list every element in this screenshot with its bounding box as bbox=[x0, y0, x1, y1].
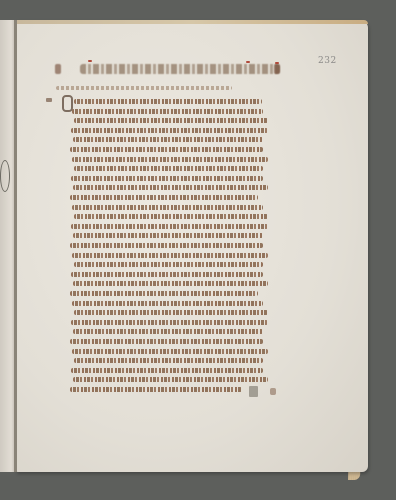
rubric-accent bbox=[88, 60, 92, 62]
text-line bbox=[70, 291, 258, 296]
text-line bbox=[70, 339, 263, 344]
text-line bbox=[74, 166, 263, 171]
text-line bbox=[73, 377, 268, 382]
rubric-accent bbox=[246, 61, 250, 63]
marginal-note bbox=[270, 388, 276, 395]
text-line bbox=[72, 157, 268, 162]
text-line bbox=[74, 358, 263, 363]
manuscript-photo: 232 bbox=[0, 0, 396, 500]
end-mark bbox=[249, 386, 258, 397]
text-line bbox=[74, 262, 263, 267]
text-line bbox=[71, 368, 263, 373]
text-line bbox=[74, 310, 268, 315]
gutter bbox=[14, 20, 17, 472]
text-line bbox=[73, 137, 263, 142]
subtitle-line bbox=[56, 86, 232, 90]
text-line bbox=[71, 176, 263, 181]
rubric-accent bbox=[275, 62, 279, 64]
text-line bbox=[70, 147, 263, 152]
header-left-mark bbox=[55, 64, 61, 74]
text-line bbox=[71, 128, 268, 133]
header-line bbox=[80, 64, 280, 74]
text-line bbox=[74, 99, 262, 104]
text-line bbox=[72, 205, 263, 210]
text-line bbox=[72, 349, 268, 354]
text-line bbox=[70, 387, 242, 392]
text-line bbox=[71, 224, 268, 229]
text-line bbox=[70, 195, 258, 200]
header-right-mark bbox=[274, 64, 280, 74]
text-line bbox=[73, 281, 268, 286]
text-line bbox=[72, 301, 263, 306]
text-line bbox=[71, 272, 263, 277]
text-line bbox=[73, 329, 263, 334]
text-line bbox=[72, 109, 263, 114]
margin-mark bbox=[46, 98, 52, 102]
text-line bbox=[70, 243, 263, 248]
folio-number: 232 bbox=[318, 56, 337, 66]
text-line bbox=[74, 214, 268, 219]
text-line bbox=[72, 253, 268, 258]
text-line bbox=[73, 233, 263, 238]
text-line bbox=[71, 320, 268, 325]
text-line bbox=[73, 185, 268, 190]
text-line bbox=[74, 118, 268, 123]
previous-page-marking bbox=[0, 160, 10, 192]
